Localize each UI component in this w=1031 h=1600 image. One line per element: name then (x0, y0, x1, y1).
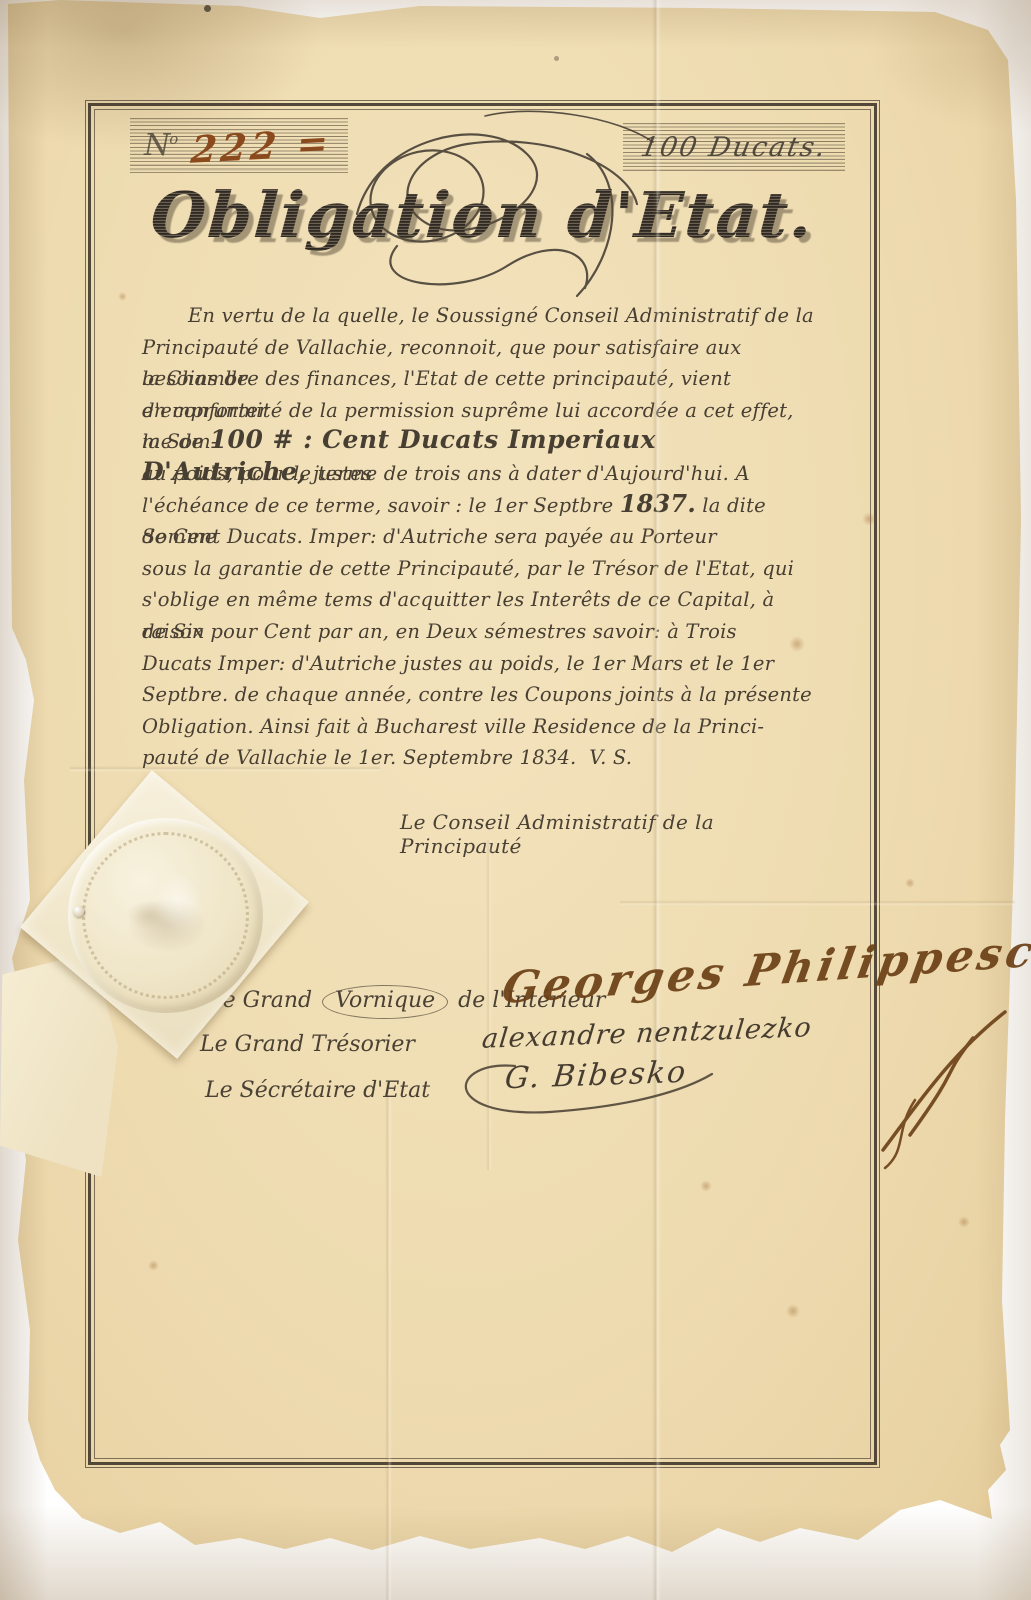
body-line: Ducats Imper: d'Autriche justes au poids… (142, 648, 818, 680)
body-line: sous la garantie de cette Principauté, p… (142, 553, 818, 585)
title-engraved-text: Obligation d'Etat. (82, 178, 882, 252)
serial-number-box: No 222 = (130, 118, 348, 173)
body-line: s'oblige en même tems d'acquitter les In… (142, 584, 818, 616)
body-line: pauté de Vallachie le 1er. Septembre 183… (142, 742, 818, 774)
body-line: de Cent Ducats. Imper: d'Autriche sera p… (142, 521, 818, 553)
body-line: de Six pour Cent par an, en Deux sémestr… (142, 616, 818, 648)
document-title: Obligation d'Etat. Obligation d'Etat. (85, 178, 880, 288)
signature-paraph-flourish (855, 1000, 1025, 1170)
maturity-pre: l'échéance de ce terme, savoir : le 1er … (142, 494, 620, 517)
body-line-amount: me de 100 # : Cent Ducats Imperiaux D'Au… (142, 426, 818, 458)
official-title-treasurer: Le Grand Trésorier (200, 1032, 415, 1057)
scanned-bond-document: No 222 = 100 Ducats. Obligation d'Etat. … (0, 0, 1031, 1600)
seal-pin (73, 906, 84, 917)
body-line: la Chambre des finances, l'Etat de cette… (142, 363, 818, 395)
amount-pre: me de (142, 430, 210, 453)
body-line: En vertu de la quelle, le Soussigné Cons… (142, 300, 818, 332)
body-line: en conformité de la permission suprême l… (142, 395, 818, 427)
denomination-box: 100 Ducats. (623, 123, 845, 171)
denomination-value: 100 Ducats. (638, 132, 829, 163)
seal-eagle-emblem (100, 850, 230, 980)
body-line-maturity: l'échéance de ce terme, savoir : le 1er … (142, 490, 818, 522)
signature-bibesko: G. Bibesko (503, 1055, 689, 1097)
body-line: Obligation. Ainsi fait à Bucharest ville… (142, 711, 818, 743)
body-line: Principauté de Vallachie, reconnoit, que… (142, 332, 818, 364)
maturity-year: 1837. (620, 489, 696, 518)
attestation-line: Le Conseil Administratif de la Principau… (400, 810, 830, 858)
body-line: au poids, pour le terme de trois ans à d… (142, 458, 818, 490)
body-text-block: En vertu de la quelle, le Soussigné Cons… (142, 300, 818, 774)
serial-label: No (144, 128, 177, 163)
serial-number-handwritten: 222 = (189, 120, 334, 172)
official-title-secretary: Le Sécrétaire d'Etat (205, 1078, 430, 1103)
circled-word-vornique: Vornique (322, 985, 448, 1019)
body-line: Septbre. de chaque année, contre les Cou… (142, 679, 818, 711)
